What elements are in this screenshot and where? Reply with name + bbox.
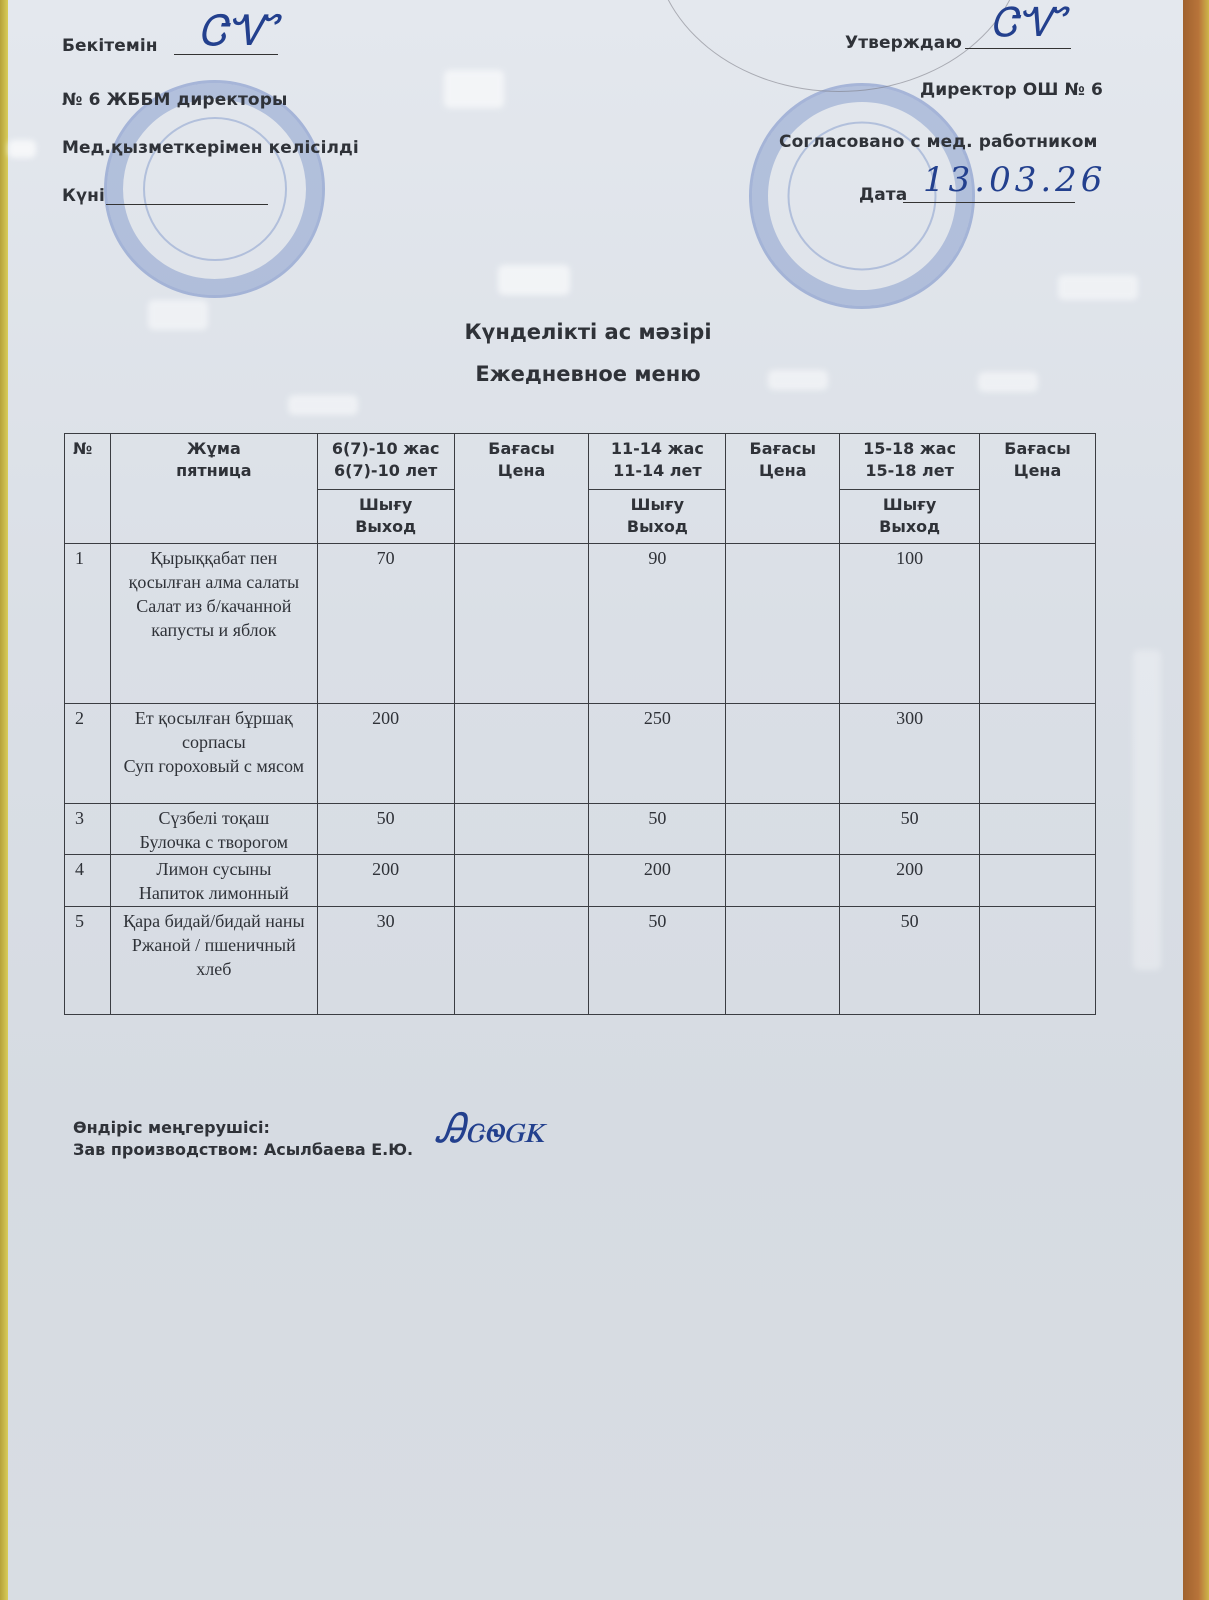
header-age-ru: 15-18 лет	[843, 460, 976, 482]
signature-production-manager: Ꭿꮳꮻꮐꮶ	[436, 1106, 544, 1152]
header-output-kz: Шығу	[321, 494, 451, 516]
document-paper: Бекітемін ᏣᏉ № 6 ЖББМ директоры Мед.қызм…	[8, 0, 1183, 1600]
header-output: Шығу Выход	[317, 490, 454, 544]
dish-name: Қырыққабат пен қосылған алма салатыСалат…	[110, 544, 317, 704]
date-line	[903, 202, 1075, 203]
header-day-kz: Жұма	[114, 438, 314, 460]
table-row: 4Лимон сусыныНапиток лимонный200200200	[65, 855, 1096, 907]
table-row: 2Ет қосылған бұршақ сорпасыСуп гороховый…	[65, 704, 1096, 804]
header-output-kz: Шығу	[843, 494, 976, 516]
output-6-10: 50	[317, 804, 454, 855]
title-kz: Күнделікті ас мәзірі	[8, 320, 1168, 344]
footer-role-ru: Зав производством: Асылбаева Е.Ю.	[73, 1140, 413, 1159]
output-6-10: 70	[317, 544, 454, 704]
header-num: №	[65, 434, 111, 544]
output-11-14: 250	[589, 704, 726, 804]
header-output: Шығу Выход	[589, 490, 726, 544]
dish-name-ru: Ржаной / пшеничный хлеб	[115, 933, 313, 981]
output-15-18: 50	[840, 804, 980, 855]
output-11-14: 50	[589, 907, 726, 1015]
approval-left-agreed: Мед.қызметкерімен келісілді	[62, 138, 359, 158]
price-11-14	[726, 907, 840, 1015]
header-output-ru: Выход	[592, 516, 722, 538]
output-11-14: 200	[589, 855, 726, 907]
price-15-18	[980, 804, 1096, 855]
price-11-14	[726, 804, 840, 855]
price-15-18	[980, 704, 1096, 804]
header-output-ru: Выход	[843, 516, 976, 538]
header-output-kz: Шығу	[592, 494, 722, 516]
menu-table-body: 1Қырыққабат пен қосылған алма салатыСала…	[65, 544, 1096, 1015]
dish-name-kz: Қара бидай/бидай наны	[115, 909, 313, 933]
glass-reflection	[498, 265, 570, 295]
dish-name: Қара бидай/бидай наныРжаной / пшеничный …	[110, 907, 317, 1015]
output-6-10: 200	[317, 704, 454, 804]
dish-name-ru: Булочка с творогом	[115, 830, 313, 854]
price-6-10	[454, 907, 589, 1015]
price-11-14	[726, 855, 840, 907]
header-age-ru: 6(7)-10 лет	[321, 460, 451, 482]
output-15-18: 200	[840, 855, 980, 907]
header-day: Жұма пятница	[110, 434, 317, 544]
handwritten-date: 13.03.26	[923, 160, 1106, 200]
approval-right-date-label: Дата	[859, 185, 907, 205]
dish-name: Ет қосылған бұршақ сорпасыСуп гороховый …	[110, 704, 317, 804]
price-6-10	[454, 704, 589, 804]
glass-reflection	[288, 395, 358, 415]
price-15-18	[980, 855, 1096, 907]
output-6-10: 30	[317, 907, 454, 1015]
output-6-10: 200	[317, 855, 454, 907]
header-age-kz: 11-14 жас	[592, 438, 722, 460]
signature-line	[965, 48, 1071, 49]
dish-name-ru: Салат из б/качанной капусты и яблок	[115, 594, 313, 642]
dish-name-ru: Суп гороховый с мясом	[115, 754, 313, 778]
dish-name-kz: Қырыққабат пен қосылған алма салаты	[115, 546, 313, 594]
approval-right-agreed: Согласовано с мед. работником	[779, 132, 1098, 152]
signature-right: ᏣᏉ	[990, 0, 1065, 46]
header-age-kz: 15-18 жас	[843, 438, 976, 460]
header-price: Бағасы Цена	[980, 434, 1096, 544]
output-15-18: 50	[840, 907, 980, 1015]
date-line	[106, 204, 268, 205]
table-row: 5Қара бидай/бидай наныРжаной / пшеничный…	[65, 907, 1096, 1015]
price-15-18	[980, 544, 1096, 704]
header-output: Шығу Выход	[840, 490, 980, 544]
approval-left-label: Бекітемін	[62, 36, 158, 56]
frame-right-edge	[1183, 0, 1209, 1600]
header-price: Бағасы Цена	[726, 434, 840, 544]
header-age-ru: 11-14 лет	[592, 460, 722, 482]
price-6-10	[454, 804, 589, 855]
dish-name: Сүзбелі тоқашБулочка с творогом	[110, 804, 317, 855]
table-row: 3Сүзбелі тоқашБулочка с творогом505050	[65, 804, 1096, 855]
approval-left-date-label: Күні	[62, 186, 105, 206]
approval-right-position: Директор ОШ № 6	[920, 80, 1103, 100]
header-output-ru: Выход	[321, 516, 451, 538]
header-age-11-14: 11-14 жас 11-14 лет	[589, 434, 726, 490]
output-15-18: 100	[840, 544, 980, 704]
price-11-14	[726, 704, 840, 804]
signature-left: ᏣᏉ	[198, 6, 277, 56]
header-price-ru: Цена	[729, 460, 836, 482]
row-number: 4	[65, 855, 111, 907]
header-price: Бағасы Цена	[454, 434, 589, 544]
official-stamp-left	[104, 80, 325, 298]
header-day-ru: пятница	[114, 460, 314, 482]
price-6-10	[454, 544, 589, 704]
menu-table: № Жұма пятница 6(7)-10 жас 6(7)-10 лет Б…	[64, 433, 1096, 1015]
row-number: 5	[65, 907, 111, 1015]
row-number: 3	[65, 804, 111, 855]
approval-left-position: № 6 ЖББМ директоры	[62, 90, 287, 110]
row-number: 2	[65, 704, 111, 804]
glass-reflection	[1133, 650, 1161, 970]
price-6-10	[454, 855, 589, 907]
price-15-18	[980, 907, 1096, 1015]
title-ru: Ежедневное меню	[8, 362, 1168, 386]
row-number: 1	[65, 544, 111, 704]
dish-name-kz: Сүзбелі тоқаш	[115, 806, 313, 830]
header-price-ru: Цена	[983, 460, 1092, 482]
dish-name-kz: Лимон сусыны	[115, 857, 313, 881]
output-11-14: 90	[589, 544, 726, 704]
header-price-kz: Бағасы	[983, 438, 1092, 460]
frame-left-edge	[0, 0, 8, 1600]
glass-reflection	[444, 70, 504, 108]
header-age-6-10: 6(7)-10 жас 6(7)-10 лет	[317, 434, 454, 490]
header-price-ru: Цена	[458, 460, 586, 482]
dish-name-kz: Ет қосылған бұршақ сорпасы	[115, 706, 313, 754]
glass-reflection	[1058, 275, 1138, 300]
price-11-14	[726, 544, 840, 704]
header-price-kz: Бағасы	[458, 438, 586, 460]
approval-right-label: Утверждаю	[845, 33, 962, 53]
footer-role-kz: Өндіріс меңгерушісі:	[73, 1118, 270, 1137]
header-age-kz: 6(7)-10 жас	[321, 438, 451, 460]
output-15-18: 300	[840, 704, 980, 804]
output-11-14: 50	[589, 804, 726, 855]
table-row: 1Қырыққабат пен қосылған алма салатыСала…	[65, 544, 1096, 704]
glass-crack-arc	[653, 0, 1025, 92]
glass-reflection	[8, 140, 36, 158]
header-price-kz: Бағасы	[729, 438, 836, 460]
dish-name-ru: Напиток лимонный	[115, 881, 313, 905]
dish-name: Лимон сусыныНапиток лимонный	[110, 855, 317, 907]
header-age-15-18: 15-18 жас 15-18 лет	[840, 434, 980, 490]
